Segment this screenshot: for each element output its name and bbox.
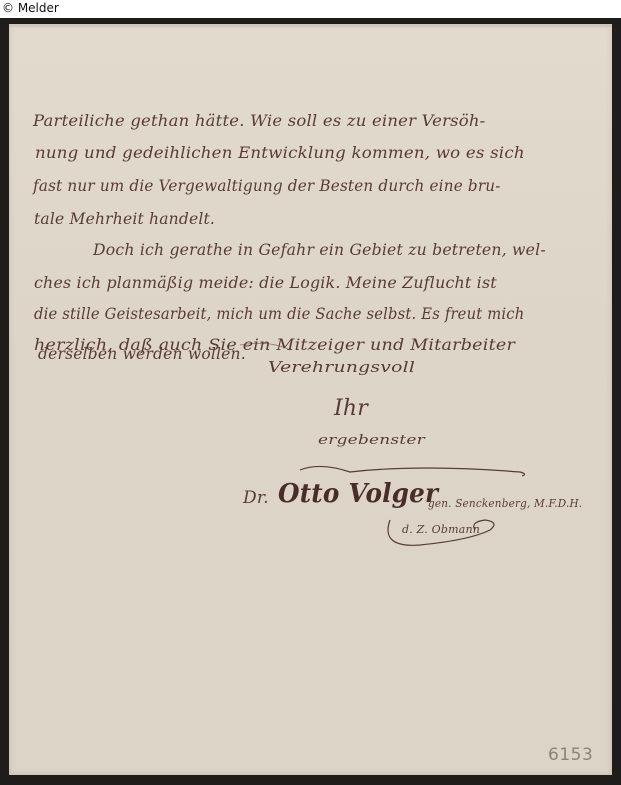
letter-line-9: derselben werden wollen. [38,345,246,363]
signature-name: Otto Volger [278,479,438,509]
letter-line-2: nung und gedeihlichen Entwicklung kommen… [35,144,525,162]
paper-edge [9,24,612,27]
closing-adjective: ergebenster [318,433,425,448]
copyright-caption: © Melder [2,0,59,17]
signature-prefix: Dr. [243,488,269,508]
signature-suffix: gen. Senckenberg, M.F.D.H. [428,497,582,510]
letter-line-3: fast nur um die Vergewaltigung der Beste… [33,177,501,195]
letter-page [9,24,612,775]
closing-pronoun: Ihr [334,396,368,421]
letter-line-5: Doch ich gerathe in Gefahr ein Gebiet zu… [93,241,546,259]
closing-salutation: Verehrungsvoll [268,358,415,376]
archive-number: 6153 [548,745,593,765]
letter-line-7: die stille Geistesarbeit, mich um die Sa… [34,305,524,323]
letter-line-1: Parteiliche gethan hätte. Wie soll es zu… [33,112,485,130]
letter-line-4: tale Mehrheit handelt. [34,210,215,228]
letter-line-6: ches ich planmäßig meide: die Logik. Mei… [34,274,497,292]
signature-subline: d. Z. Obmann [402,523,480,536]
